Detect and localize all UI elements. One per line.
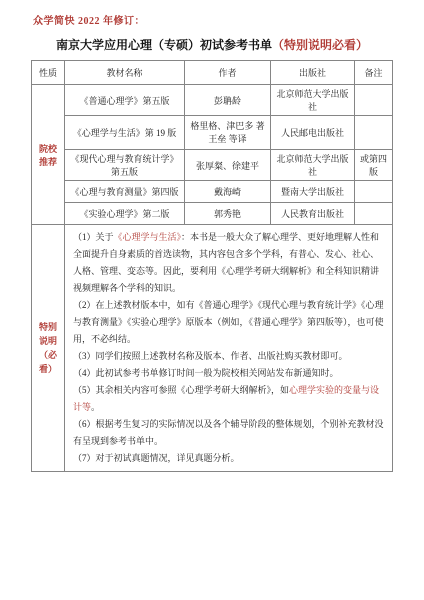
books-table-body: 院校推荐《普通心理学》第五版彭聃龄北京师范大学出版社《心理学与生活》第 19 版… [32, 85, 393, 225]
special-item-text: （6）根据考生复习的实际情况以及各个辅导阶段的整体规划，个别补充教材没有呈现到参… [73, 419, 384, 446]
col-header-property: 性质 [32, 61, 65, 85]
special-label-cell: 特别说明 （必看） [32, 225, 65, 472]
book-name: 《普通心理学》第五版 [65, 85, 185, 116]
book-author-line: 格里格、津巴多 著 [188, 120, 267, 133]
table-row: 院校推荐《普通心理学》第五版彭聃龄北京师范大学出版社 [32, 85, 393, 116]
page-title: 南京大学应用心理（专硕）初试参考书单（特别说明必看） [0, 36, 424, 53]
page-title-main: 南京大学应用心理（专硕）初试参考书单 [56, 38, 272, 52]
special-item: （2）在上述教材版本中，如有《普通心理学》《现代心理与教育统计学》《心理与教育测… [73, 297, 385, 348]
special-item: （6）根据考生复习的实际情况以及各个辅导阶段的整体规划，个别补充教材没有呈现到参… [73, 416, 385, 450]
special-item: （4）此初试参考书单修订时间一般为院校相关网站发布新通知时。 [73, 365, 385, 382]
special-item-text: （5）其余相关内容可参照《心理学考研大纲解析》，如 [73, 385, 289, 395]
special-item-text: （2）在上述教材版本中，如有《普通心理学》《现代心理与教育统计学》《心理与教育测… [73, 300, 384, 344]
special-item-text: （7）对于初试真题情况，详见真题分析。 [73, 453, 240, 463]
book-name: 《心理学与生活》第 19 版 [65, 116, 185, 150]
table-row: 《心理与教育测量》第四版戴海崎暨南大学出版社 [32, 181, 393, 203]
book-publisher: 北京师范大学出版社 [271, 85, 355, 116]
book-publisher: 人民邮电出版社 [271, 116, 355, 150]
book-author: 彭聃龄 [185, 85, 271, 116]
book-note [355, 203, 393, 225]
table-header-row: 性质 教材名称 作者 出版社 备注 [32, 61, 393, 85]
col-header-book-name: 教材名称 [65, 61, 185, 85]
special-row: 特别说明 （必看） （1）关于《心理学与生活》：本书是一般大众了解心理学、更好地… [32, 225, 393, 472]
special-item: （7）对于初试真题情况，详见真题分析。 [73, 450, 385, 467]
special-label-line1: 特别说明 [35, 320, 61, 348]
col-header-author: 作者 [185, 61, 271, 85]
col-header-publisher: 出版社 [271, 61, 355, 85]
special-item: （5）其余相关内容可参照《心理学考研大纲解析》，如心理学实验的变量与设计等。 [73, 382, 385, 416]
edition-note: 众学简快 2022 年修订： [33, 12, 145, 27]
table-row: 《心理学与生活》第 19 版格里格、津巴多 著王垒 等译人民邮电出版社 [32, 116, 393, 150]
special-label-line2: （必看） [35, 348, 61, 376]
special-item: （1）关于《心理学与生活》：本书是一般大众了解心理学、更好地理解人性和全面提升自… [73, 229, 385, 297]
book-name: 《心理与教育测量》第四版 [65, 181, 185, 203]
book-author: 张厚粲、徐建平 [185, 150, 271, 181]
book-author-line: 王垒 等译 [188, 133, 267, 146]
special-item-text: （4）此初试参考书单修订时间一般为院校相关网站发布新通知时。 [73, 368, 339, 378]
book-author: 戴海崎 [185, 181, 271, 203]
book-publisher: 人民教育出版社 [271, 203, 355, 225]
book-note: 或第四版 [355, 150, 393, 181]
book-author: 郭秀艳 [185, 203, 271, 225]
table-row: 《现代心理与教育统计学》第五版张厚粲、徐建平北京师范大学出版社或第四版 [32, 150, 393, 181]
special-item-text: 。 [91, 402, 100, 412]
book-note [355, 116, 393, 150]
book-author: 格里格、津巴多 著王垒 等译 [185, 116, 271, 150]
book-name: 《实验心理学》第二版 [65, 203, 185, 225]
special-item-text: （3）同学们按照上述教材名称及版本、作者、出版社购买教材即可。 [73, 351, 348, 361]
book-publisher: 北京师范大学出版社 [271, 150, 355, 181]
table-row: 《实验心理学》第二版郭秀艳人民教育出版社 [32, 203, 393, 225]
page: 众学简快 2022 年修订： 南京大学应用心理（专硕）初试参考书单（特别说明必看… [0, 0, 424, 600]
book-publisher: 暨南大学出版社 [271, 181, 355, 203]
special-item-highlight: 《心理学与生活》 [114, 232, 182, 242]
special-content-cell: （1）关于《心理学与生活》：本书是一般大众了解心理学、更好地理解人性和全面提升自… [65, 225, 393, 472]
special-item-text: （1）关于 [73, 232, 114, 242]
recommend-label: 院校推荐 [32, 85, 65, 225]
page-title-highlight: （特别说明必看） [272, 38, 368, 52]
special-item: （3）同学们按照上述教材名称及版本、作者、出版社购买教材即可。 [73, 348, 385, 365]
col-header-note: 备注 [355, 61, 393, 85]
book-note [355, 85, 393, 116]
book-name: 《现代心理与教育统计学》第五版 [65, 150, 185, 181]
books-table: 性质 教材名称 作者 出版社 备注 院校推荐《普通心理学》第五版彭聃龄北京师范大… [31, 60, 393, 472]
book-note [355, 181, 393, 203]
